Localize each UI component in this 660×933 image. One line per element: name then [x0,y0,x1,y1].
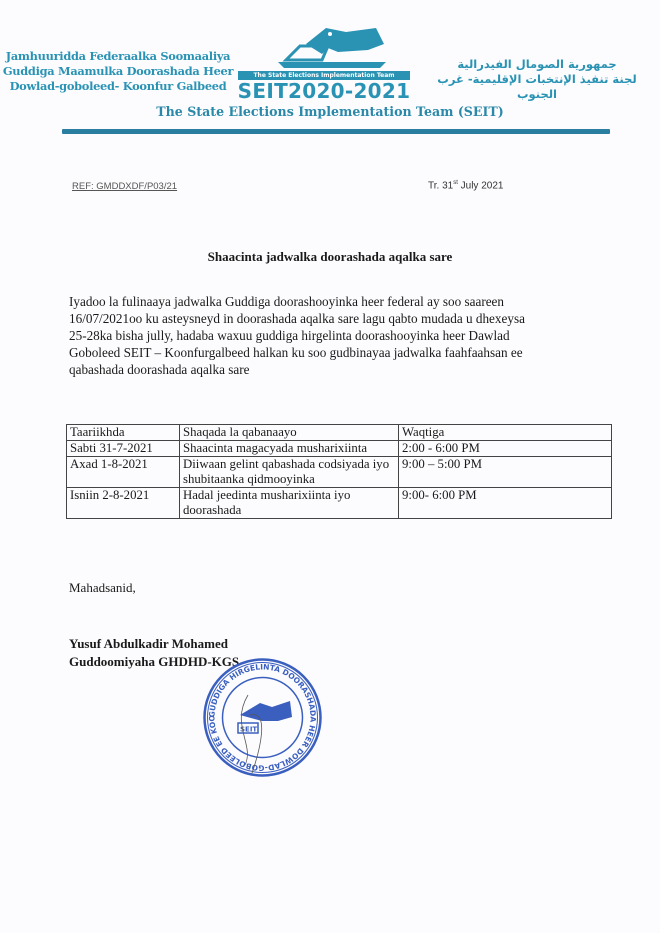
schedule-table: Taariikhda Shaqada la qabanaayo Waqtiga … [66,424,612,519]
letterhead-line: Guddiga Maamulka Doorashada Heer [0,64,236,79]
cell-time: 9:00 – 5:00 PM [399,457,612,488]
letterhead-line: Dowlad-goboleed- Koonfur Galbeed [0,79,236,94]
cell-date: Sabti 31-7-2021 [67,441,180,457]
letter-body: Iyadoo la fulinaaya jadwalka Guddiga doo… [69,293,609,378]
stamp-seal-icon: GUDDIGA HIRGELINTA DOORASHADA HEER DOWLA… [200,655,325,780]
reference-number: REF: GMDDXDF/P03/21 [72,181,177,192]
letterhead-somali: Jamhuuridda Federaalka Soomaaliya Guddig… [0,49,236,94]
ballot-box-icon [256,22,396,72]
header-task: Shaqada la qabanaayo [180,425,399,441]
organization-title: The State Elections Implementation Team … [0,104,660,119]
logo-seit-text: SEIT2020-2021 [236,79,412,103]
cell-date: Axad 1-8-2021 [67,457,180,488]
body-line: Iyadoo la fulinaaya jadwalka Guddiga doo… [69,293,609,310]
letterhead-line: لجنة تنفيذ الإنتخبات الإقليمية- غرب الجن… [422,72,652,102]
letterhead-line: جمهورية الصومال الفيدرالية [422,57,652,72]
body-line: Goboleed SEIT – Koonfurgalbeed halkan ku… [69,344,609,361]
letter-subject: Shaacinta jadwalka doorashada aqalka sar… [0,249,660,265]
header-divider [62,129,610,134]
cell-date: Isniin 2-8-2021 [67,488,180,519]
signatory-name: Yusuf Abdulkadir Mohamed [69,635,239,653]
body-line: 25-28ka bisha jully, hadaba waxuu guddig… [69,327,609,344]
table-header-row: Taariikhda Shaqada la qabanaayo Waqtiga [67,425,612,441]
official-stamp: GUDDIGA HIRGELINTA DOORASHADA HEER DOWLA… [200,655,325,780]
cell-time: 2:00 - 6:00 PM [399,441,612,457]
letter-date: Tr. 31st July 2021 [428,180,503,191]
cell-task: Hadal jeedinta musharixiinta iyo doorash… [180,488,399,519]
cell-time: 9:00- 6:00 PM [399,488,612,519]
body-line: 16/07/2021oo ku asteysneyd in doorashada… [69,310,609,327]
letterhead-line: Jamhuuridda Federaalka Soomaaliya [0,49,236,64]
letterhead-arabic: جمهورية الصومال الفيدرالية لجنة تنفيذ ال… [422,57,652,102]
header-time: Waqtiga [399,425,612,441]
seit-logo: The State Elections Implementation Team … [236,22,414,102]
cell-task: Shaacinta magacyada musharixiinta [180,441,399,457]
table-row: Sabti 31-7-2021 Shaacinta magacyada mush… [67,441,612,457]
body-line: qabashada doorashada aqalka sare [69,361,609,378]
table-row: Isniin 2-8-2021 Hadal jeedinta musharixi… [67,488,612,519]
table-row: Axad 1-8-2021 Diiwaan gelint qabashada c… [67,457,612,488]
header-date: Taariikhda [67,425,180,441]
cell-task: Diiwaan gelint qabashada codsiyada iyo s… [180,457,399,488]
closing: Mahadsanid, [69,580,136,596]
